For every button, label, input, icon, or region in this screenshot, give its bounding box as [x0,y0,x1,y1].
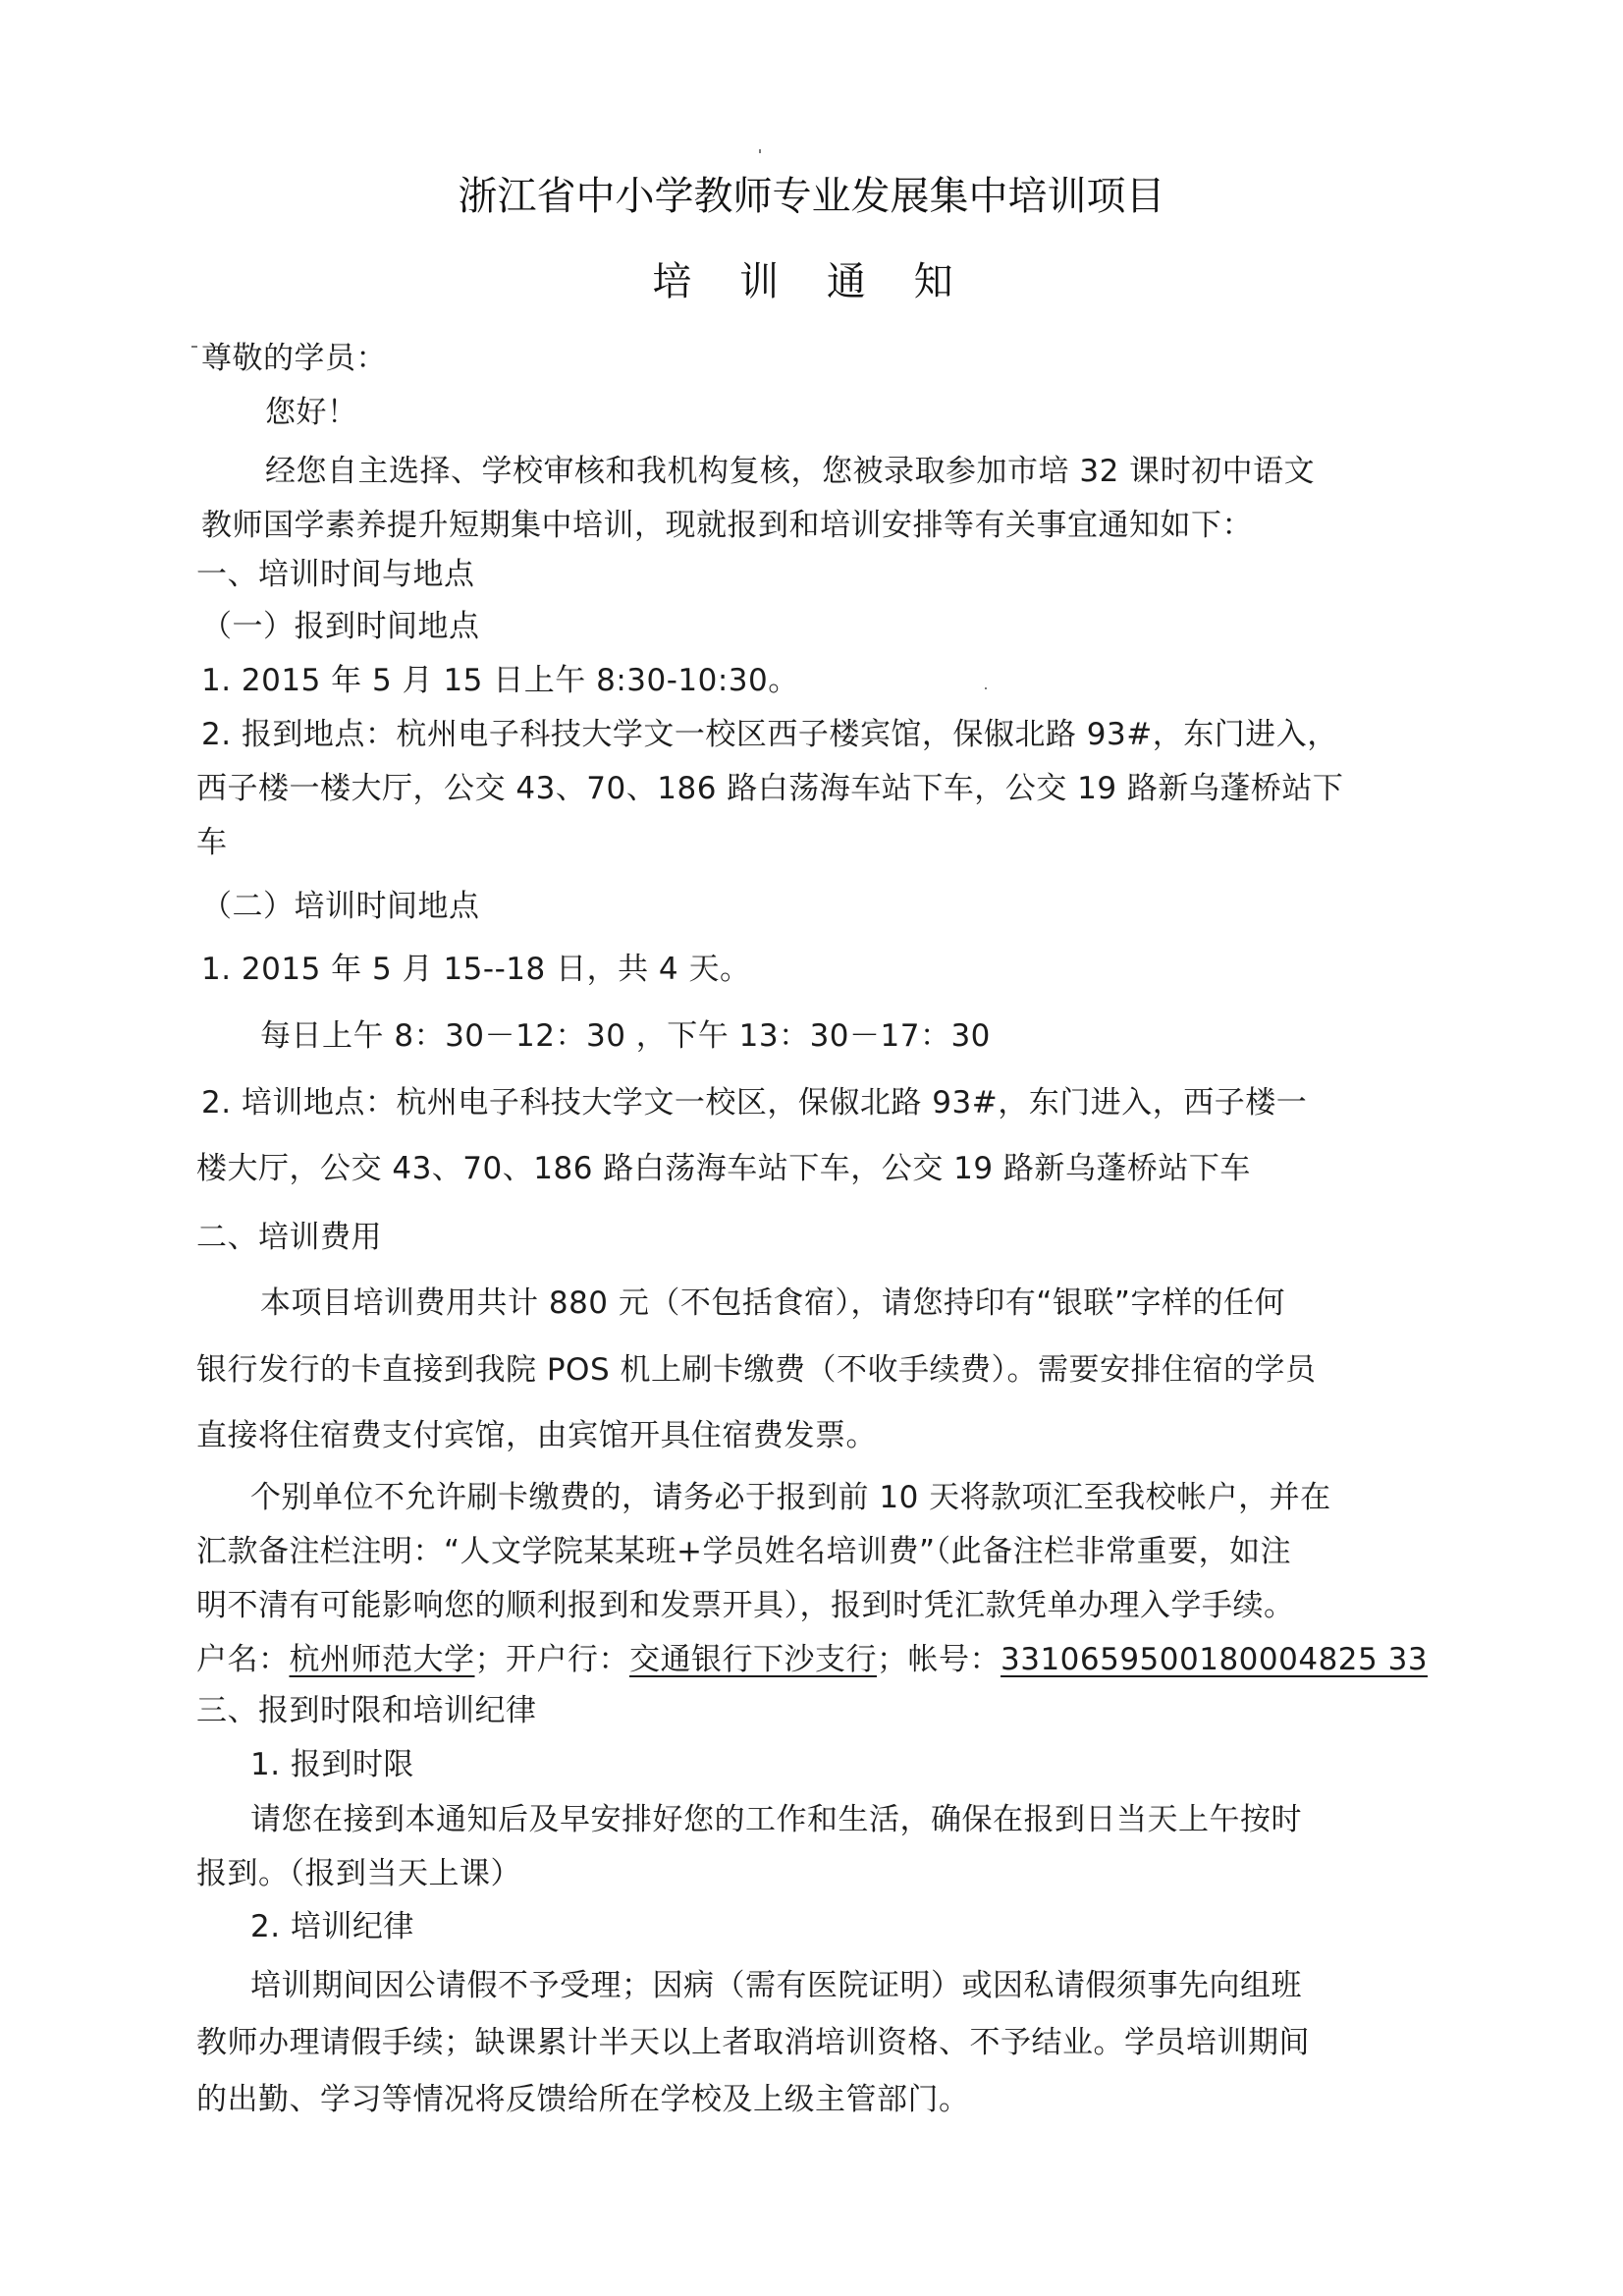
fee-para-line-3: 直接将住宿费支付宾馆，由宾馆开具住宿费发票。 [196,1416,877,1455]
training-location-line-1: 2. 培训地点：杭州电子科技大学文一校区，保俶北路 93#，东门进入，西子楼一 [201,1083,1307,1122]
deadline-para-line-2: 报到。（报到当天上课） [196,1854,521,1893]
account-number-label: ；帐号： [877,1642,1001,1677]
section2-heading: 二、培训费用 [196,1218,382,1257]
intro-line-1: 经您自主选择、学校审核和我机构复核，您被录取参加市培 32 课时初中语文 [265,452,1315,491]
fee-para-line-2: 银行发行的卡直接到我院 POS 机上刷卡缴费（不收手续费）。需要安排住宿的学员 [196,1350,1316,1390]
scan-speck [985,687,987,689]
account-number: 3310659500180004825 33 [1001,1642,1428,1677]
bank-label: ；开户行： [475,1642,630,1677]
discipline-para-line-1: 培训期间因公请假不予受理；因病（需有医院证明）或因私请假须事先向组班 [250,1966,1302,2005]
transfer-para-line-1: 个别单位不允许刷卡缴费的，请务必于报到前 10 天将款项汇至我校帐户，并在 [250,1478,1331,1517]
fee-para-line-1: 本项目培训费用共计 880 元（不包括食宿），请您持印有“银联”字样的任何 [260,1284,1285,1323]
intro-line-2: 教师国学素养提升短期集中培训，现就报到和培训安排等有关事宜通知如下： [201,506,1253,545]
training-location-line-2: 楼大厅，公交 43、70、186 路白荡海车站下车，公交 19 路新乌蓬桥站下车 [196,1149,1251,1188]
checkin-location-line-3: 车 [196,823,228,862]
scan-speck [759,149,761,153]
section1-sub1-heading: （一）报到时间地点 [201,607,480,646]
account-name-label: 户名： [196,1642,290,1677]
checkin-time: 1. 2015 年 5 月 15 日上午 8:30-10:30。 [201,661,799,700]
document-title: 浙江省中小学教师专业发展集中培训项目 [0,165,1623,221]
training-dates: 1. 2015 年 5 月 15--18 日，共 4 天。 [201,950,751,989]
greeting: 您好！ [265,393,358,432]
bank-info: 户名：杭州师范大学；开户行：交通银行下沙支行；帐号：33106595001800… [196,1640,1428,1679]
account-name: 杭州师范大学 [290,1642,475,1677]
daily-schedule: 每日上午 8：30－12：30 ，下午 13：30－17：30 [260,1016,991,1056]
discipline-para-line-2: 教师办理请假手续；缺课累计半天以上者取消培训资格、不予结业。学员培训期间 [196,2023,1310,2062]
transfer-para-line-3: 明不清有可能影响您的顺利报到和发票开具），报到时凭汇款凭单办理入学手续。 [196,1586,1295,1625]
checkin-location-line-1: 2. 报到地点：杭州电子科技大学文一校区西子楼宾馆，保俶北路 93#，东门进入， [201,715,1338,754]
section3-heading: 三、报到时限和培训纪律 [196,1691,537,1730]
transfer-para-line-2: 汇款备注栏注明：“人文学院某某班+学员姓名培训费”（此备注栏非常重要，如注 [196,1532,1291,1571]
section1-heading: 一、培训时间与地点 [196,555,475,594]
document-subtitle: 培 训 通 知 [0,250,1623,306]
deadline-para-line-1: 请您在接到本通知后及早安排好您的工作和生活，确保在报到日当天上午按时 [250,1800,1302,1839]
section3-sub1-heading: 1. 报到时限 [250,1745,414,1784]
bank-name: 交通银行下沙支行 [629,1642,877,1677]
section3-sub2-heading: 2. 培训纪律 [250,1907,414,1946]
discipline-para-line-3: 的出勤、学习等情况将反馈给所在学校及上级主管部门。 [196,2080,970,2119]
document-page: 浙江省中小学教师专业发展集中培训项目 培 训 通 知 尊敬的学员： 您好！ 经您… [0,0,1623,2296]
checkin-location-line-2: 西子楼一楼大厅，公交 43、70、186 路白荡海车站下车，公交 19 路新乌蓬… [196,769,1343,808]
section1-sub2-heading: （二）培训时间地点 [201,887,480,926]
scan-speck [191,346,197,348]
salutation: 尊敬的学员： [201,339,387,378]
